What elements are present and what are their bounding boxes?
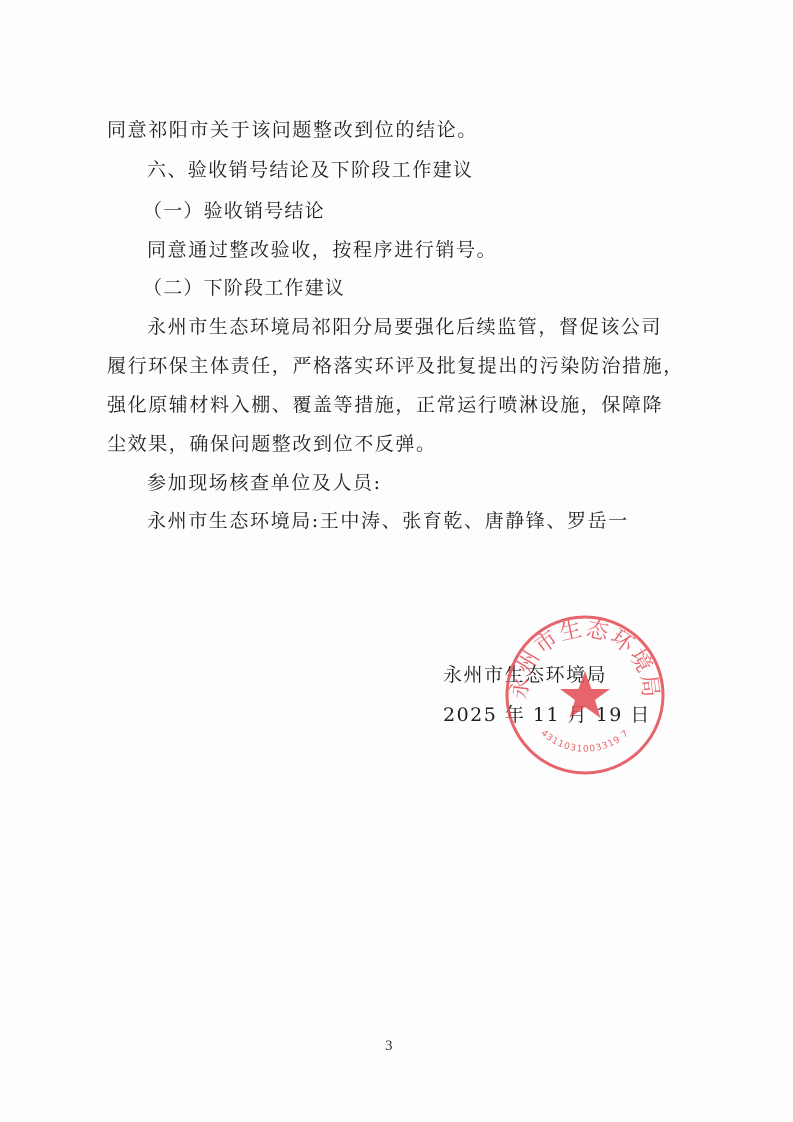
paragraph-conclusion-agree: 同意祁阳市关于该问题整改到位的结论。 bbox=[107, 118, 478, 142]
official-seal-icon: 永州市生态环境局 4311031003319 7 bbox=[503, 613, 667, 777]
paragraph-suggestion-line-2: 履行环保主体责任，严格落实环评及批复提出的污染防治措施， bbox=[107, 354, 684, 378]
subsection-heading-two: （二）下阶段工作建议 bbox=[143, 276, 345, 300]
signature-organization: 永州市生态环境局 bbox=[443, 663, 607, 687]
document-page: 同意祁阳市关于该问题整改到位的结论。 六、验收销号结论及下阶段工作建议 （一）验… bbox=[0, 0, 793, 1122]
subsection-heading-one: （一）验收销号结论 bbox=[143, 199, 325, 223]
page-number: 3 bbox=[385, 1038, 393, 1055]
section-heading-six: 六、验收销号结论及下阶段工作建议 bbox=[147, 158, 473, 182]
paragraph-suggestion-line-3: 强化原辅材料入棚、覆盖等措施，正常运行喷淋设施，保障降 bbox=[107, 393, 663, 417]
svg-text:永州市生态环境局: 永州市生态环境局 bbox=[507, 617, 663, 701]
participants-label: 参加现场核查单位及人员: bbox=[147, 471, 382, 495]
paragraph-acceptance: 同意通过整改验收，按程序进行销号。 bbox=[147, 238, 497, 262]
paragraph-suggestion-line-1: 永州市生态环境局祁阳分局要强化后续监管，督促该公司 bbox=[147, 315, 662, 339]
participants-list: 永州市生态环境局:王中涛、张育乾、唐静锋、罗岳一 bbox=[147, 509, 629, 533]
paragraph-suggestion-line-4: 尘效果，确保问题整改到位不反弹。 bbox=[107, 432, 437, 456]
signature-date: 2025 年 11 月 19 日 bbox=[443, 703, 651, 727]
svg-text:4311031003319 7: 4311031003319 7 bbox=[538, 728, 631, 754]
seal-arc-text: 永州市生态环境局 bbox=[507, 617, 663, 701]
